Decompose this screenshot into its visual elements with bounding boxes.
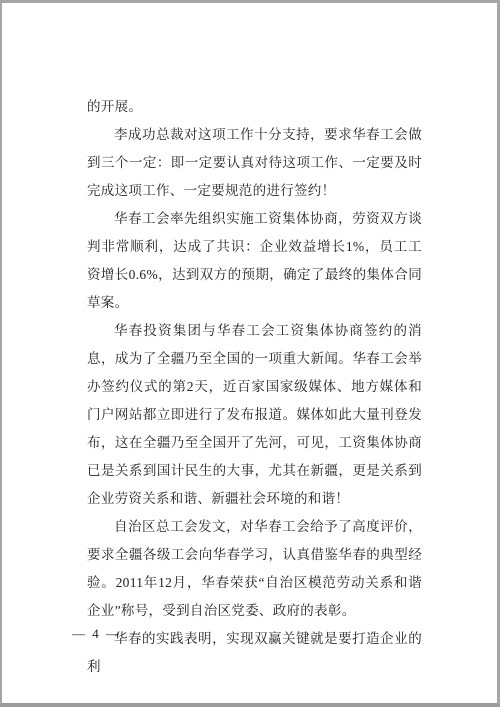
paragraph: 的开展。	[87, 93, 422, 121]
paragraph: 自治区总工会发文，对华春工会给予了高度评价，要求全疆各级工会向华春学习，认真借鉴…	[87, 513, 422, 625]
paragraph: 华春的实践表明，实现双赢关键就是要打造企业的利	[87, 625, 422, 681]
paragraph: 华春工会率先组织实施工资集体协商，劳资双方谈判非常顺利，达成了共识：企业效益增长…	[87, 205, 422, 317]
paragraph: 李成功总裁对这项工作十分支持，要求华春工会做到三个一定：即一定要认真对待这项工作…	[87, 121, 422, 205]
paragraph: 华春投资集团与华春工会工资集体协商签约的消息，成为了全疆乃至全国的一项重大新闻。…	[87, 317, 422, 513]
page-number: — 4 —	[72, 626, 121, 642]
document-body: 的开展。李成功总裁对这项工作十分支持，要求华春工会做到三个一定：即一定要认真对待…	[87, 93, 422, 681]
scanned-document-page: 的开展。李成功总裁对这项工作十分支持，要求华春工会做到三个一定：即一定要认真对待…	[0, 0, 500, 707]
